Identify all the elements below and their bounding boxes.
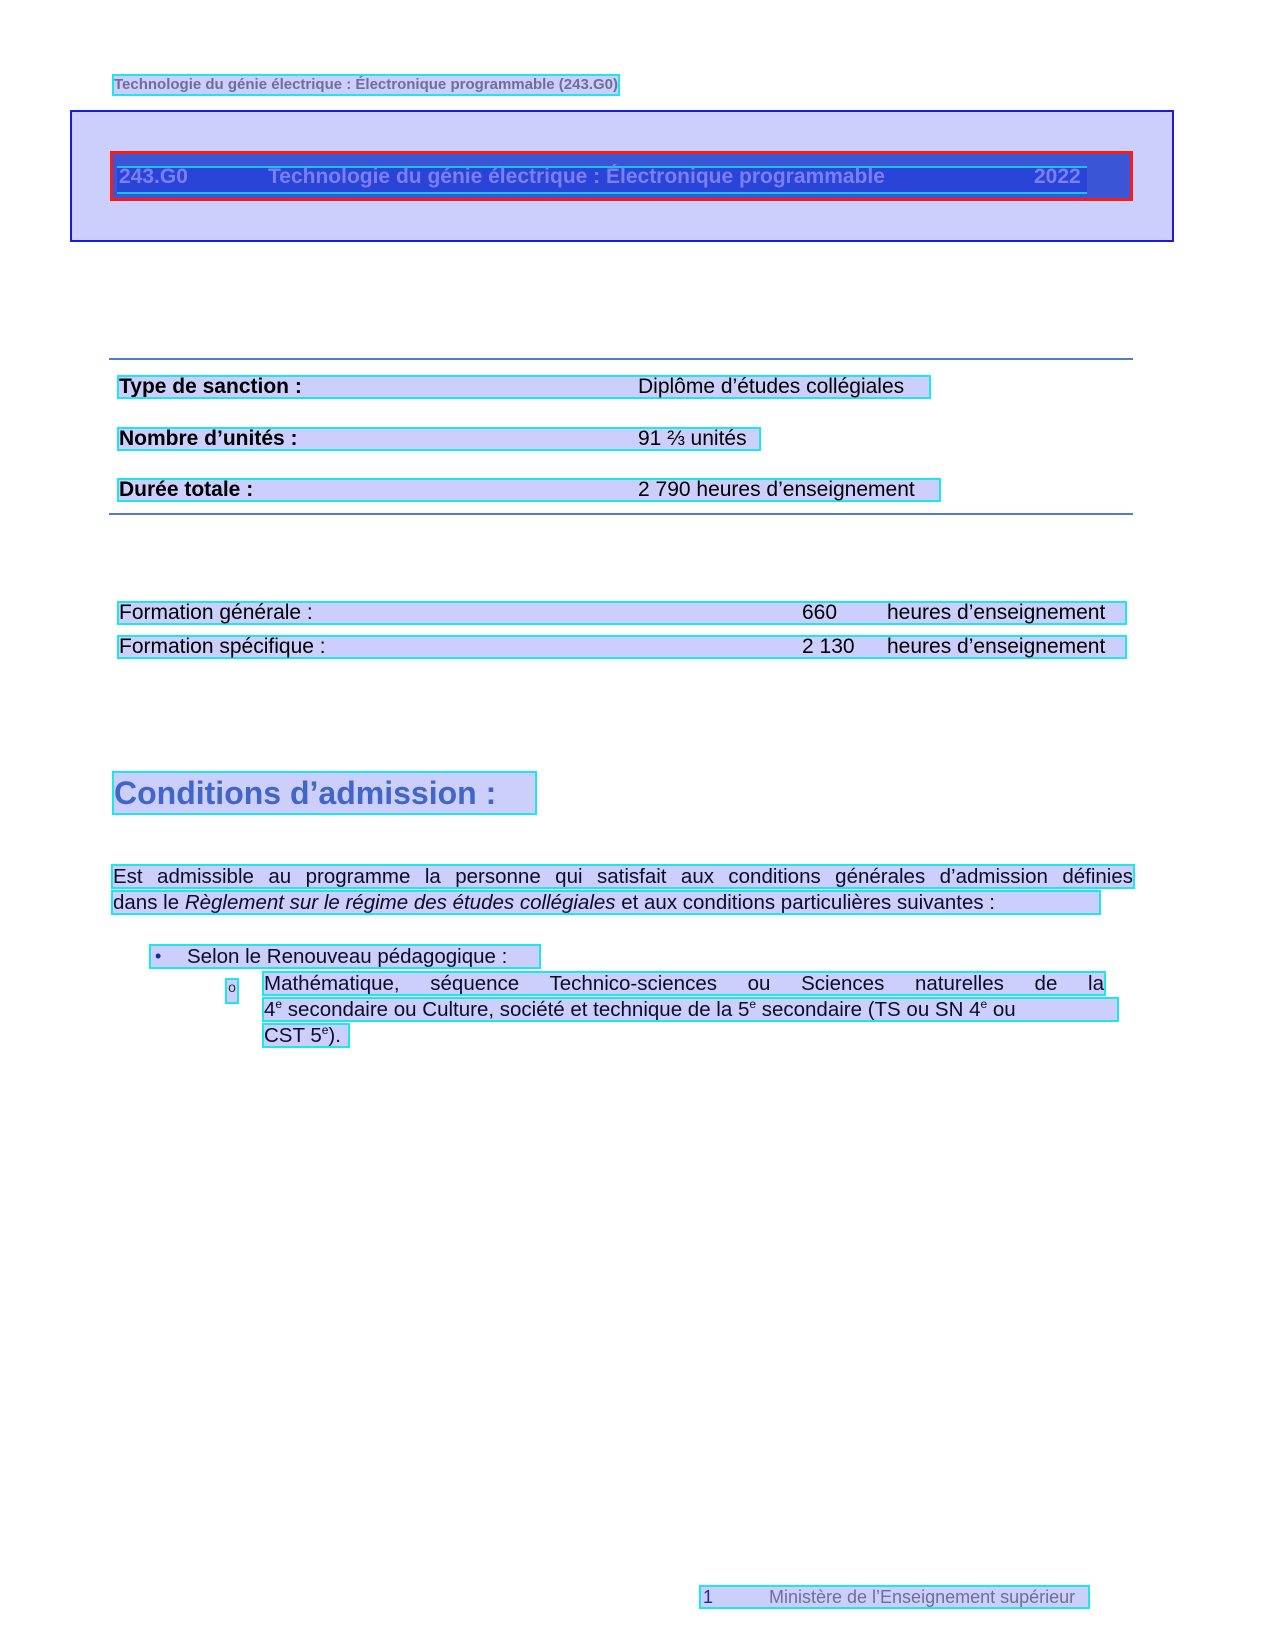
hours-amount: 2 130 [802, 637, 855, 657]
admission-heading: Conditions d’admission : [114, 773, 535, 813]
program-code: 243.G0 [119, 164, 188, 190]
bullet-icon: • [155, 946, 161, 967]
ministry-name: Ministère de l’Enseignement supérieur [769, 1587, 1075, 1607]
admission-intro-line-2: dans le Règlement sur le régime des étud… [113, 892, 1099, 913]
summary-value-units: 91 ⅔ unités [638, 429, 747, 449]
text: 4 [264, 998, 275, 1021]
hours-unit: heures d’enseignement [887, 603, 1105, 623]
circle-bullet-icon: o [227, 980, 237, 1002]
text: CST 5 [264, 1024, 322, 1047]
intro-text: dans le [113, 891, 185, 914]
text: ou [987, 998, 1016, 1021]
text: secondaire ou Culture, société et techni… [282, 998, 749, 1021]
bullet-text: Selon le Renouveau pédagogique : [187, 946, 507, 967]
admission-bullet: • Selon le Renouveau pédagogique : [151, 946, 539, 967]
program-title: Technologie du génie électrique : Électr… [268, 164, 885, 190]
hours-amount: 660 [802, 603, 837, 623]
sub-bullet-line-2: 4e secondaire ou Culture, société et tec… [264, 999, 1117, 1020]
summary-bottom-rule [109, 513, 1133, 515]
sub-bullet-line-3: CST 5e). [264, 1025, 348, 1046]
program-year: 2022 [1034, 164, 1081, 190]
sub-bullet-line-1: Mathématique, séquence Technico-sciences… [264, 973, 1104, 994]
intro-text: et aux conditions particulières suivante… [616, 891, 995, 914]
admission-intro-line-1: Est admissible au programme la personne … [113, 866, 1133, 887]
page-footer: 1 Ministère de l’Enseignement supérieur [701, 1587, 1088, 1607]
summary-value-sanction: Diplôme d’études collégiales [638, 377, 904, 397]
summary-value-duration: 2 790 heures d’enseignement [638, 480, 915, 500]
hours-unit: heures d’enseignement [887, 637, 1105, 657]
hours-row-specific: Formation spécifique : 2 130 heures d’en… [119, 637, 1125, 657]
page-number: 1 [703, 1587, 713, 1607]
hours-row-general: Formation générale : 660 heures d’enseig… [119, 603, 1125, 623]
hours-label: Formation spécifique : [119, 637, 326, 657]
summary-top-rule [109, 358, 1133, 360]
text: ). [328, 1024, 341, 1047]
regulation-title: Règlement sur le régime des études collé… [185, 891, 616, 914]
running-header: Technologie du génie électrique : Électr… [114, 76, 618, 94]
text: secondaire (TS ou SN 4 [756, 998, 980, 1021]
hours-label: Formation générale : [119, 603, 313, 623]
